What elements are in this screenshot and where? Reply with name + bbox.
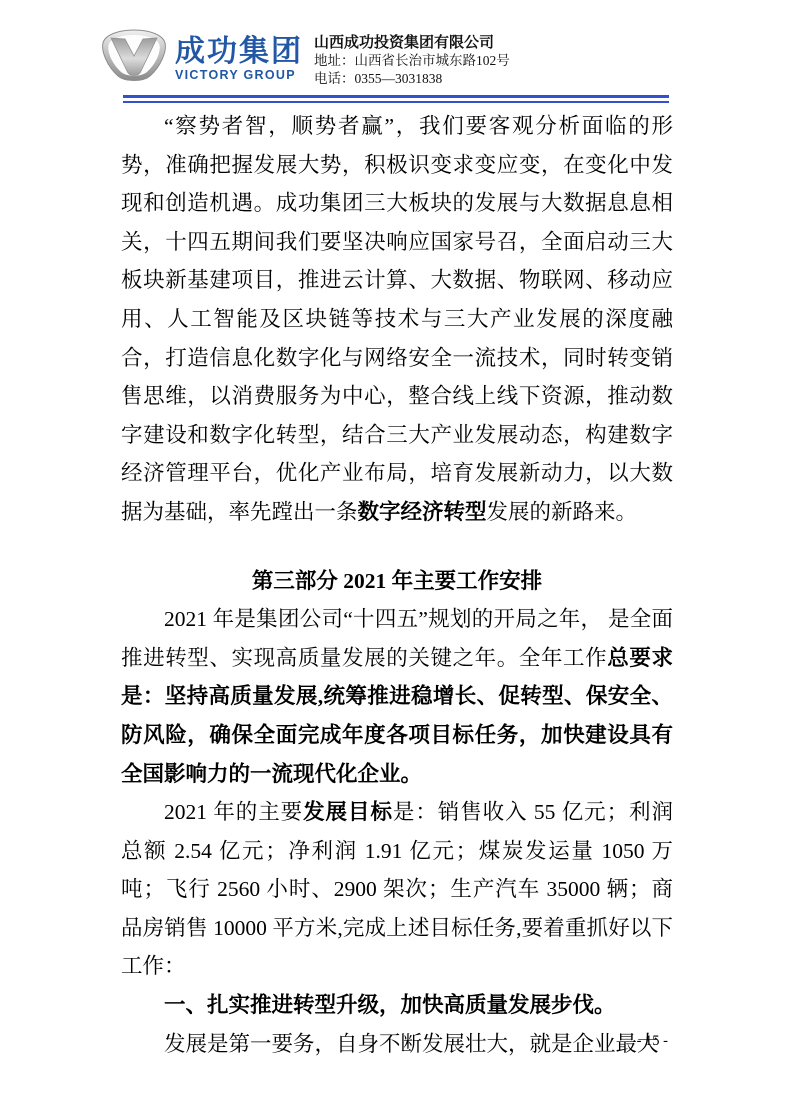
- brand-name-en: VICTORY GROUP: [175, 69, 303, 82]
- text-run: 发展是第一要务，自身不断发展壮大，就是企业最大: [164, 1032, 659, 1056]
- bold-text-run: 数字经济转型: [358, 500, 487, 524]
- company-address: 地址：山西省长治市城东路102号: [314, 52, 674, 70]
- bold-text-run: 发展目标: [303, 800, 393, 824]
- text-run: 2021 年的主要: [164, 800, 303, 824]
- brand-name-cn: 成功集团: [175, 37, 303, 67]
- text-run: 发展的新路来。: [487, 500, 638, 524]
- section-heading: 第三部分 2021 年主要工作安排: [121, 562, 673, 601]
- page-number: - 15 -: [637, 1032, 668, 1050]
- letterhead: 成功集团 VICTORY GROUP 山西成功投资集团有限公司 地址：山西省长治…: [98, 28, 674, 87]
- brand-block: 成功集团 VICTORY GROUP: [175, 37, 303, 82]
- targets-paragraph: 2021 年的主要发展目标是：销售收入 55 亿元；利润总额 2.54 亿元；净…: [121, 793, 673, 986]
- company-phone: 电话：0355—3031838: [314, 70, 674, 88]
- header-divider: [123, 95, 669, 103]
- company-name: 山西成功投资集团有限公司: [314, 33, 674, 52]
- task-one-heading: 一、扎实推进转型升级，加快高质量发展步伐。: [121, 986, 673, 1025]
- opening-paragraph: “察势者智，顺势者赢”，我们要客观分析面临的形势，准确把握发展大势，积极识变求变…: [121, 107, 673, 532]
- text-run: 2021 年是集团公司“十四五”规划的开局之年， 是全面推进转型、实现高质量发展…: [121, 607, 673, 670]
- bold-text-run: 第三部分 2021 年主要工作安排: [252, 569, 542, 593]
- victory-group-logo-icon: [98, 28, 170, 86]
- company-info: 山西成功投资集团有限公司 地址：山西省长治市城东路102号 电话：0355—30…: [314, 33, 674, 87]
- text-run: 是：销售收入 55 亿元；利润总额 2.54 亿元；净利润 1.91 亿元；煤炭…: [121, 800, 673, 978]
- document-page: 成功集团 VICTORY GROUP 山西成功投资集团有限公司 地址：山西省长治…: [0, 0, 790, 1118]
- document-body: “察势者智，顺势者赢”，我们要客观分析面临的形势，准确把握发展大势，积极识变求变…: [121, 107, 673, 1063]
- bold-text-run: 一、扎实推进转型升级，加快高质量发展步伐。: [164, 993, 616, 1017]
- closing-paragraph: 发展是第一要务，自身不断发展壮大，就是企业最大: [121, 1025, 673, 1064]
- text-run: “察势者智，顺势者赢”，我们要客观分析面临的形势，准确把握发展大势，积极识变求变…: [121, 114, 673, 524]
- overview-paragraph: 2021 年是集团公司“十四五”规划的开局之年， 是全面推进转型、实现高质量发展…: [121, 600, 673, 793]
